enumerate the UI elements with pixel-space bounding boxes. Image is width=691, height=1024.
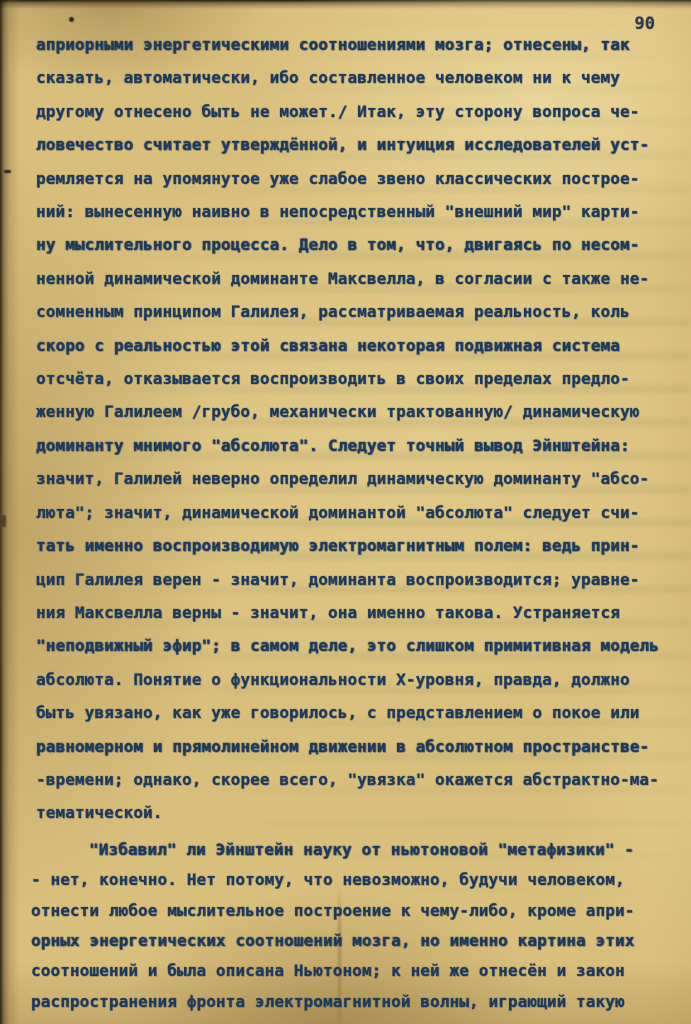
text-line: распространения фронта электромагнитной …: [31, 987, 691, 1017]
text-line: тать именно воспроизводимую электромагни…: [36, 529, 691, 562]
text-line: соотношений и была описана Ньютоном; к н…: [31, 956, 691, 986]
text-line: доминанту мнимого "абсолюта". Следует то…: [36, 429, 691, 462]
text-line: абсолюта. Понятие о функциональности Х-у…: [36, 663, 691, 696]
text-line: априорными энергетическими соотношениями…: [36, 28, 691, 61]
text-line: женную Галилеем /грубо, механически трак…: [36, 395, 691, 428]
text-line: ненной динамической доминанте Максвелла,…: [36, 262, 691, 295]
text-line: быть увязано, как уже говорилось, с пред…: [36, 696, 691, 729]
text-line: ну мыслительного процесса. Дело в том, ч…: [36, 228, 691, 261]
document-text: априорными энергетическими соотношениями…: [36, 28, 691, 1017]
text-line: сомненным принципом Галилея, рассматрива…: [36, 295, 691, 328]
text-line: сказать, автоматически, ибо составленное…: [36, 61, 691, 94]
paragraph: априорными энергетическими соотношениями…: [36, 28, 691, 830]
text-line: ния Максвелла верны - значит, она именно…: [36, 596, 691, 629]
text-line: ловечество считает утверждённой, и интуи…: [36, 128, 691, 161]
text-line: "Избавил" ли Эйнштейн науку от ньютоново…: [31, 835, 691, 865]
scanned-page: 90 априорными энергетическими соотношени…: [0, 0, 691, 1024]
paragraph: "Избавил" ли Эйнштейн науку от ньютоново…: [31, 835, 691, 1017]
text-line: отнести любое мыслительное построение к …: [31, 896, 691, 926]
text-line: отсчёта, отказывается воспроизводить в с…: [36, 362, 691, 395]
text-line: скоро с реальностью этой связана некотор…: [36, 329, 691, 362]
text-line: цип Галилея верен - значит, доминанта во…: [36, 563, 691, 596]
text-line: значит, Галилей неверно определил динами…: [36, 462, 691, 495]
text-line: равномерном и прямолинейном движении в а…: [36, 730, 691, 763]
ink-speck: [4, 170, 11, 173]
text-line: другому отнесено быть не может./ Итак, э…: [36, 95, 691, 128]
text-line: ний: вынесенную наивно в непосредственны…: [36, 195, 691, 228]
text-line: ремляется на упомянутое уже слабое звено…: [36, 162, 691, 195]
text-line: -времени; однако, скорее всего, "увязка"…: [36, 763, 691, 796]
text-line: тематической.: [36, 796, 691, 829]
text-line: "неподвижный эфир"; в самом деле, это сл…: [36, 629, 691, 662]
ink-speck: [2, 515, 6, 527]
text-line: люта"; значит, динамической доминантой "…: [36, 496, 691, 529]
text-line: орных энергетических соотношений мозга, …: [31, 926, 691, 956]
ink-speck: [69, 17, 74, 22]
text-line: - нет, конечно. Нет потому, что невозмож…: [31, 865, 691, 895]
